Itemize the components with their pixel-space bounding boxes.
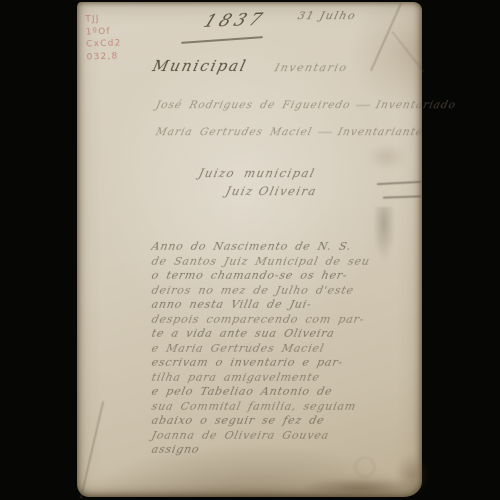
body-line: Joanna de Oliveira Gouvea bbox=[150, 429, 397, 444]
body-line: despois comparecendo com par- bbox=[150, 313, 397, 328]
body-line: escrivam o inventario e par- bbox=[150, 356, 397, 371]
body-line: o termo chamando-se os her- bbox=[150, 269, 397, 284]
year-heading: 1837 bbox=[200, 10, 268, 32]
dash-stroke bbox=[318, 131, 332, 132]
edge-ink-smudge bbox=[373, 207, 395, 262]
body-line: tilha para amigavelmente bbox=[150, 371, 397, 386]
archival-code: TJJ 1ºOf CxCd2 032,8 bbox=[85, 12, 122, 63]
archival-code-line: 032,8 bbox=[86, 50, 122, 64]
archival-code-line: CxCd2 bbox=[86, 37, 122, 51]
body-line: assigno bbox=[150, 443, 397, 458]
date-annotation: 31 Julho bbox=[296, 9, 357, 22]
scanned-manuscript-photo: TJJ 1ºOf CxCd2 032,8 1837 31 Julho Munic… bbox=[0, 0, 500, 500]
party-row: Maria Gertrudes Maciel Inventariante bbox=[156, 124, 418, 140]
manuscript-page: TJJ 1ºOf CxCd2 032,8 1837 31 Julho Munic… bbox=[77, 2, 422, 497]
year-underline-stroke bbox=[181, 36, 263, 43]
court-line-1: Juizo municipal bbox=[197, 166, 317, 180]
party-role: Inventariado bbox=[375, 99, 458, 111]
paper-stain bbox=[303, 478, 419, 498]
edge-ink-mark bbox=[377, 181, 421, 185]
body-line: deiros no mez de Julho d'este bbox=[150, 284, 397, 299]
fold-crease bbox=[391, 31, 424, 73]
body-paragraph: Anno do Nascimento de N. S. de Santos Ju… bbox=[150, 240, 394, 458]
body-line: e pelo Tabeliao Antonio de bbox=[150, 385, 397, 400]
fold-crease bbox=[80, 401, 104, 499]
body-line: e Maria Gertrudes Maciel bbox=[150, 342, 397, 357]
paper-stain bbox=[367, 144, 407, 170]
paper-stain bbox=[395, 454, 429, 496]
title-main: Municipal bbox=[151, 57, 250, 75]
court-line-2: Juiz Oliveira bbox=[224, 184, 319, 198]
party-name: José Rodrigues de Figueiredo bbox=[155, 99, 352, 111]
edge-ink-mark bbox=[383, 195, 421, 198]
body-line: sua Commital familia, seguiam bbox=[150, 400, 397, 415]
body-line: te a vida ante sua Oliveira bbox=[150, 327, 397, 342]
paper-stain bbox=[355, 457, 375, 477]
body-line: Anno do Nascimento de N. S. bbox=[150, 240, 397, 255]
body-line: abaixo o seguir se fez de bbox=[150, 414, 397, 429]
party-row: José Rodrigues de Figueiredo Inventariad… bbox=[156, 97, 418, 113]
party-role: Inventariante bbox=[337, 126, 425, 138]
party-name: Maria Gertrudes Maciel bbox=[155, 126, 314, 138]
body-line: de Santos Juiz Municipal de seu bbox=[150, 255, 397, 270]
title-secondary: Inventario bbox=[273, 61, 349, 74]
dash-stroke bbox=[356, 104, 370, 105]
body-line: anno nesta Villa de Jui- bbox=[150, 298, 397, 313]
